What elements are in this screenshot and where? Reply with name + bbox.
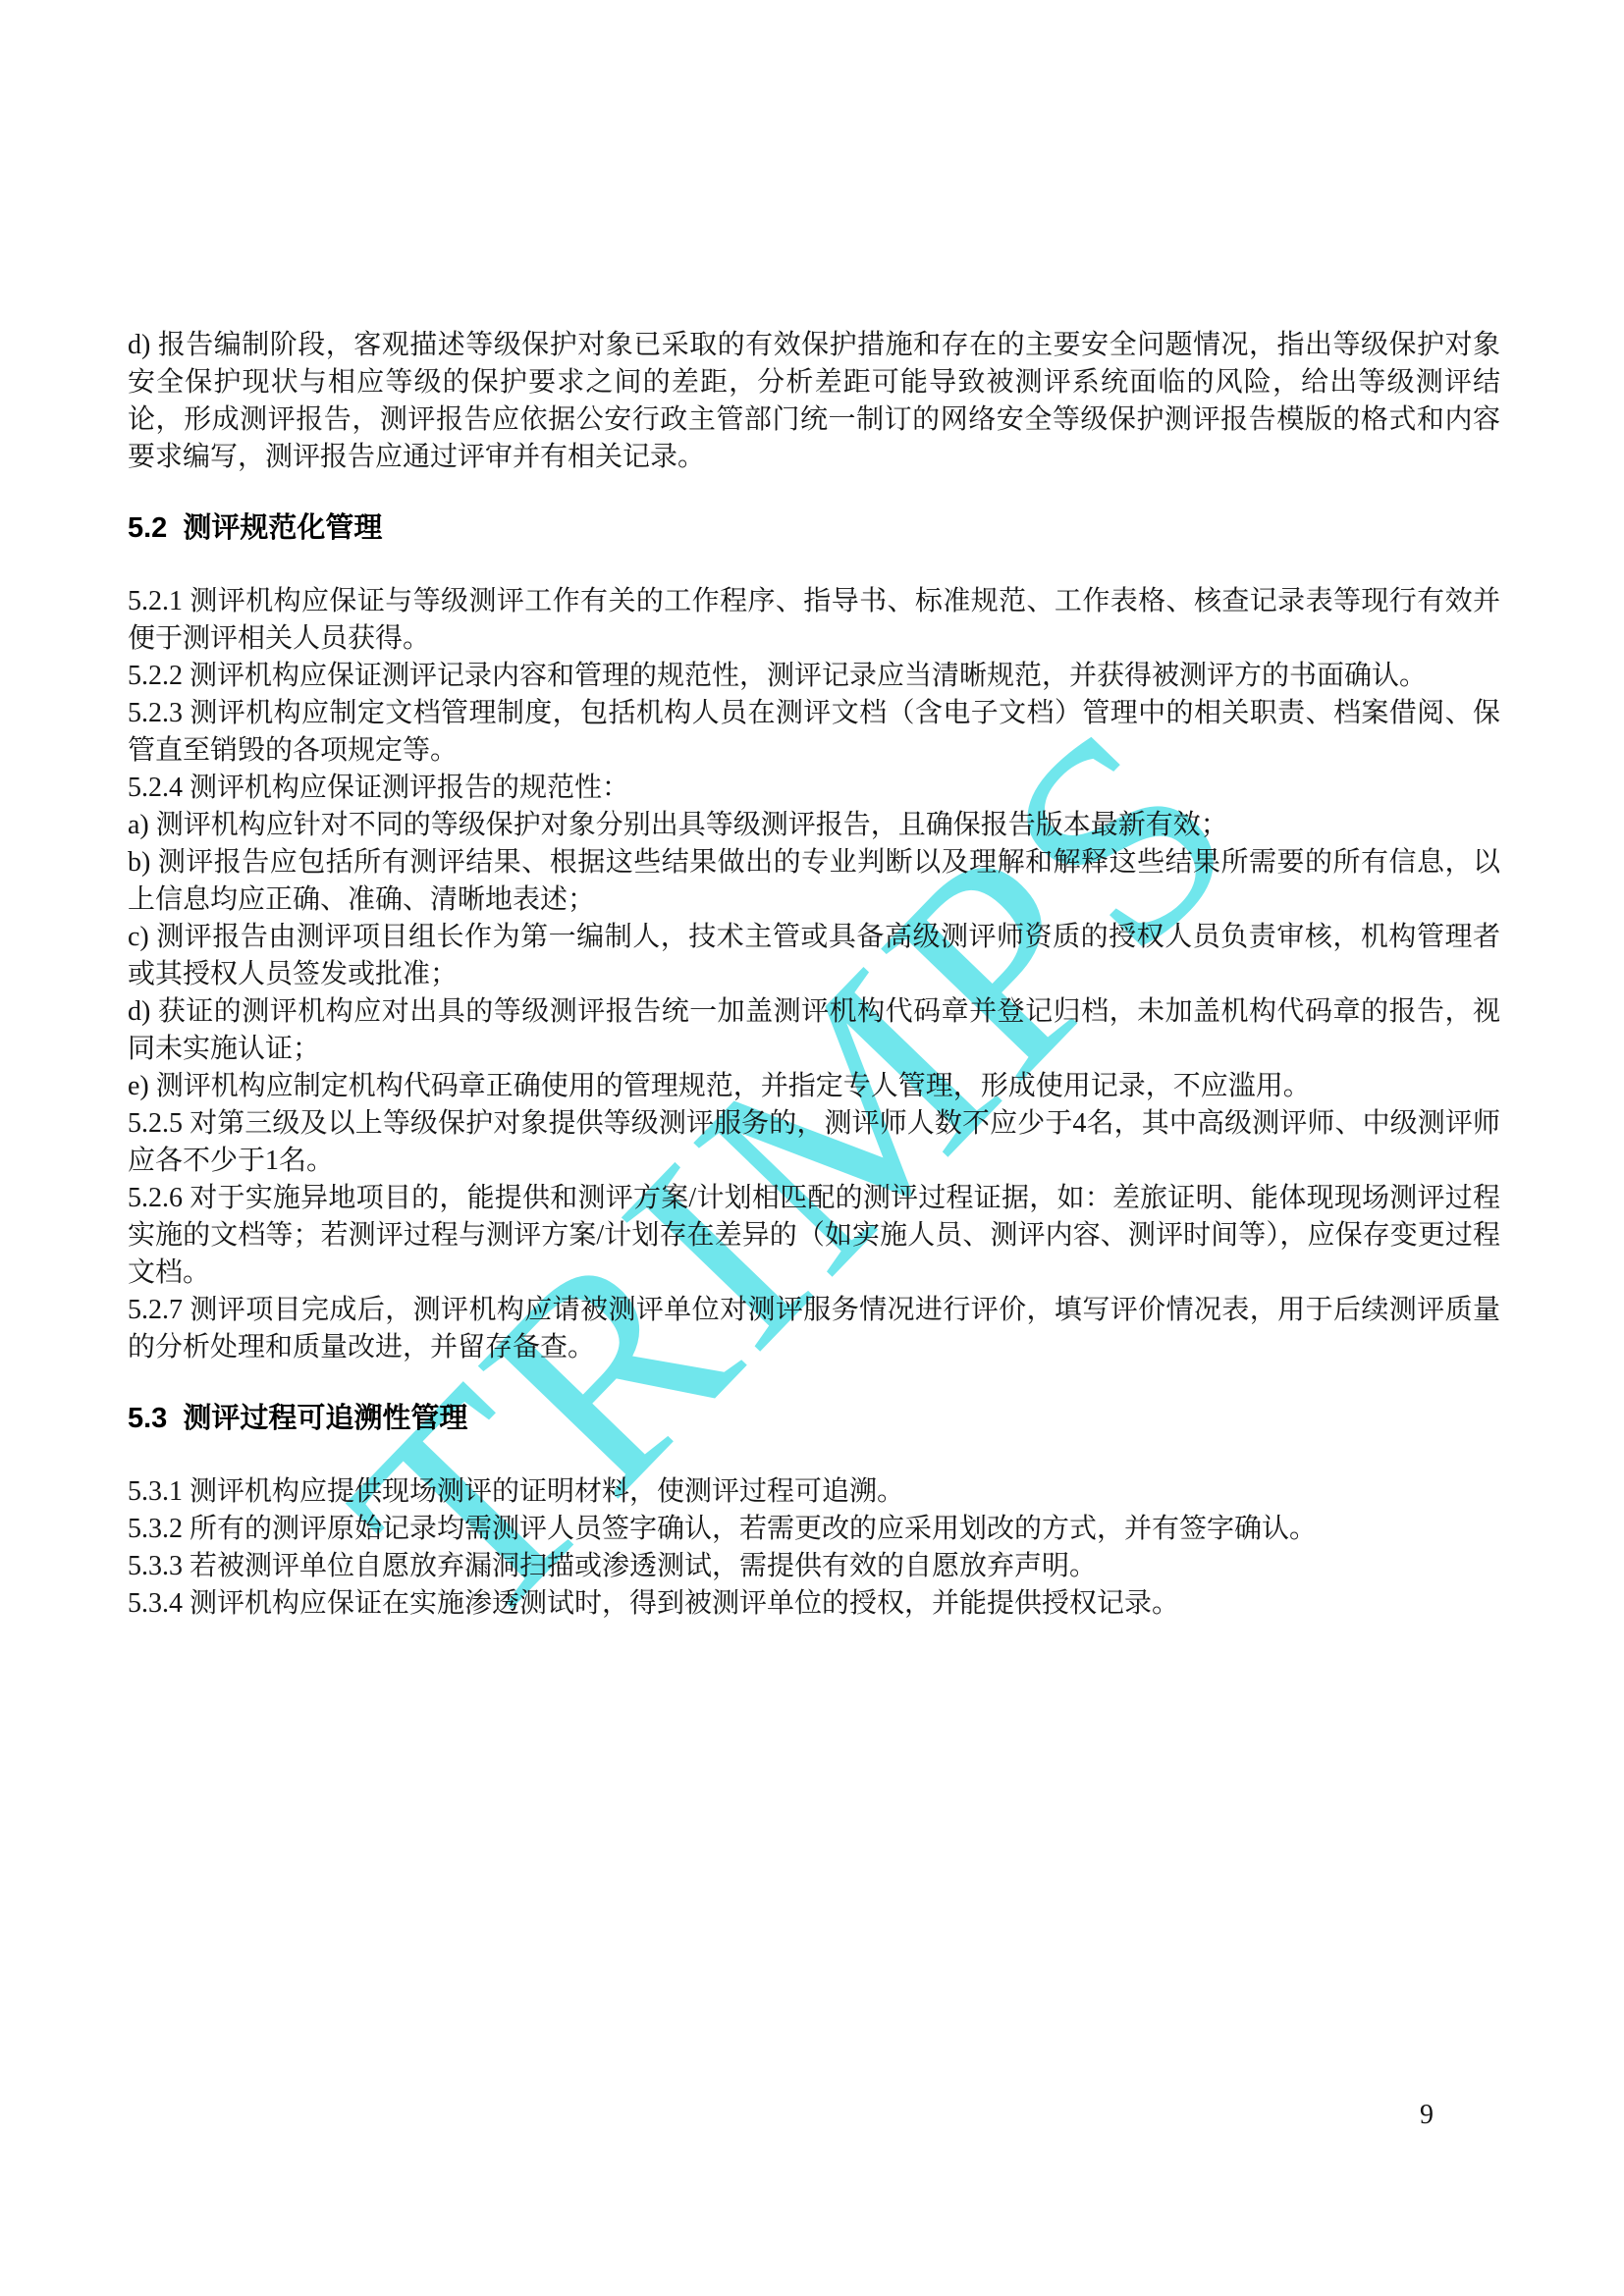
clause-5-2-4: 5.2.4 测评机构应保证测评报告的规范性： [128, 770, 1500, 807]
clause-5-3-4: 5.3.4 测评机构应保证在实施渗透测试时，得到被测评单位的授权，并能提供授权记… [128, 1585, 1500, 1623]
section-number: 5.3 [128, 1403, 167, 1434]
page-number: 9 [1420, 2097, 1434, 2134]
clause-5-3-1: 5.3.1 测评机构应提供现场测评的证明材料，使测评过程可追溯。 [128, 1473, 1500, 1511]
clause-5-3-3: 5.3.3 若被测评单位自愿放弃漏洞扫描或渗透测试，需提供有效的自愿放弃声明。 [128, 1548, 1500, 1585]
section-title: 测评过程可追溯性管理 [183, 1403, 467, 1434]
clause-5-2-6: 5.2.6 对于实施异地项目的，能提供和测评方案/计划相匹配的测评过程证据，如：… [128, 1180, 1500, 1292]
clause-5-2-4-item-a: a) 测评机构应针对不同的等级保护对象分别出具等级测评报告，且确保报告版本最新有… [128, 807, 1500, 844]
document-page: TRIMPS d) 报告编制阶段，客观描述等级保护对象已采取的有效保护措施和存在… [0, 0, 1624, 2296]
clause-5-2-3: 5.2.3 测评机构应制定文档管理制度，包括机构人员在测评文档（含电子文档）管理… [128, 695, 1500, 770]
clause-5-2-1: 5.2.1 测评机构应保证与等级测评工作有关的工作程序、指导书、标准规范、工作表… [128, 583, 1500, 658]
clause-5-2-4-item-e: e) 测评机构应制定机构代码章正确使用的管理规范，并指定专人管理，形成使用记录，… [128, 1068, 1500, 1105]
clause-5-2-7: 5.2.7 测评项目完成后，测评机构应请被测评单位对测评服务情况进行评价，填写评… [128, 1292, 1500, 1366]
section-number: 5.2 [128, 512, 167, 544]
section-title: 测评规范化管理 [183, 512, 382, 544]
clause-5-2-2: 5.2.2 测评机构应保证测评记录内容和管理的规范性，测评记录应当清晰规范，并获… [128, 658, 1500, 695]
clause-5-2-4-item-c: c) 测评报告由测评项目组长作为第一编制人，技术主管或具备高级测评师资质的授权人… [128, 919, 1500, 993]
clause-5-2-4-item-d: d) 获证的测评机构应对出具的等级测评报告统一加盖测评机构代码章并登记归档，未加… [128, 993, 1500, 1068]
intro-paragraph-d: d) 报告编制阶段，客观描述等级保护对象已采取的有效保护措施和存在的主要安全问题… [128, 327, 1500, 476]
clause-5-2-5: 5.2.5 对第三级及以上等级保护对象提供等级测评服务的，测评师人数不应少于4名… [128, 1105, 1500, 1180]
document-body: d) 报告编制阶段，客观描述等级保护对象已采取的有效保护措施和存在的主要安全问题… [128, 327, 1500, 1623]
section-heading-5-3: 5.3测评过程可追溯性管理 [128, 1400, 1500, 1437]
clause-5-2-4-item-b: b) 测评报告应包括所有测评结果、根据这些结果做出的专业判断以及理解和解释这些结… [128, 844, 1500, 919]
section-heading-5-2: 5.2测评规范化管理 [128, 509, 1500, 547]
clause-5-3-2: 5.3.2 所有的测评原始记录均需测评人员签字确认，若需更改的应采用划改的方式，… [128, 1511, 1500, 1548]
